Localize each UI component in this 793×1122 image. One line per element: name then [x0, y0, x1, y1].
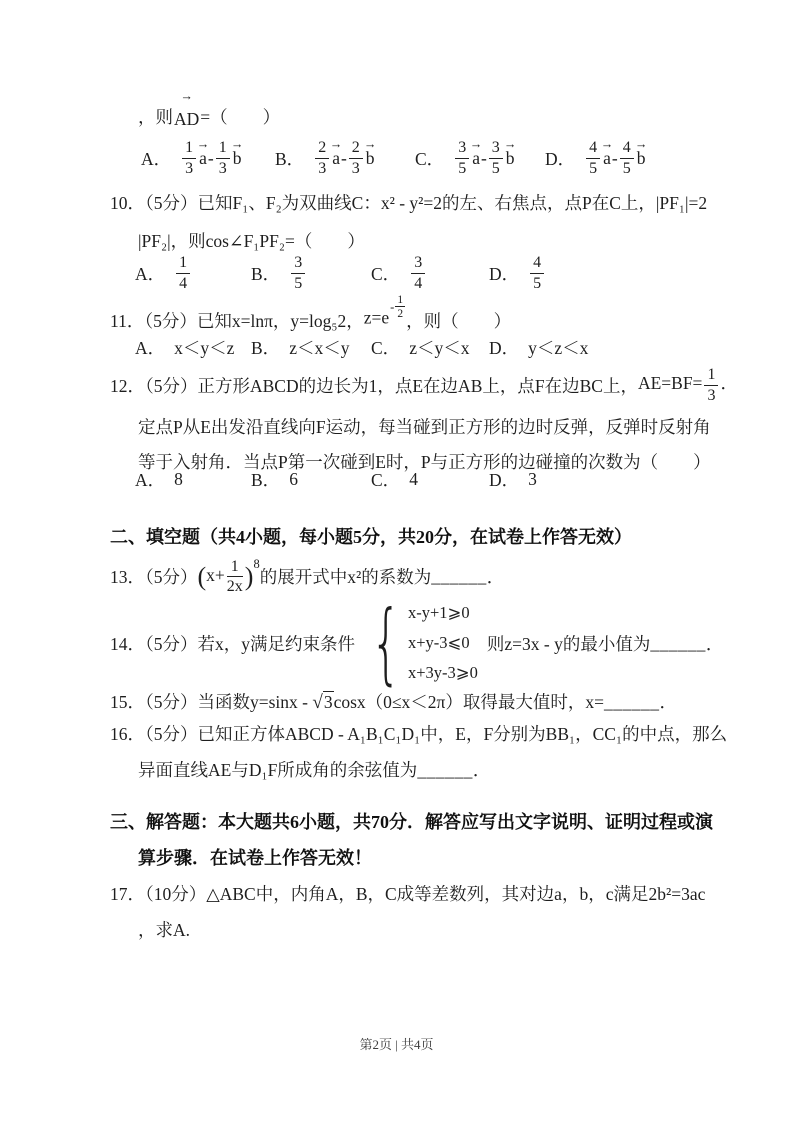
- vector-arrow-icon: →: [504, 138, 517, 151]
- q9-options: A． 13→a-13→b B． 23→a-23→b C． 35→a-35→b D…: [141, 132, 753, 184]
- vector-arrow-icon: →: [470, 138, 483, 151]
- vector-arrow-icon: →: [364, 138, 377, 151]
- option-b: B．z＜x＜y: [251, 335, 371, 360]
- vector-a: →a: [472, 148, 480, 169]
- brace-icon: {: [371, 603, 402, 682]
- vector-a: →a: [199, 148, 207, 169]
- vector-a: →a: [603, 148, 611, 169]
- section-3-header: 三、解答题：本大题共6小题，共70分．解答应写出文字说明、证明过程或演 算步骤．…: [110, 804, 745, 876]
- option-c: C． 35→a-35→b: [415, 139, 545, 177]
- option-a: A． 14: [135, 254, 251, 292]
- option-d: D． 45→a-45→b: [545, 139, 753, 177]
- option-c: C．4: [371, 467, 489, 492]
- q11-z-expression: z=e-12: [364, 307, 406, 333]
- q14-constraint-system: { x-y+1⩾0 x+y-3⩽0 x+3y-3⩾0: [358, 598, 478, 688]
- section-3-line2: 算步骤．在试卷上作答无效！: [138, 840, 745, 876]
- q10-options: A． 14 B． 35 C． 34 D． 45: [135, 246, 753, 300]
- question-17: 17．（10分）△ABC中，内角A，B，C成等差数列，其对边a，b，c满足2b²…: [110, 876, 745, 948]
- question-12: 12．（5分）正方形ABCD的边长为1，点E在边AB上，点F在边BC上，AE=B…: [110, 360, 745, 480]
- option-b: B．6: [251, 467, 371, 492]
- q17-line2: ，求A.: [138, 912, 745, 948]
- exam-page: ，则→AD=（ ） A． 13→a-13→b B． 23→a-23→b C． 3…: [0, 0, 793, 1122]
- vector-b: →b: [366, 148, 375, 169]
- q12-line2: 定点P从E出发沿直线向F运动，每当碰到正方形的边时反弹，反弹时反射角: [138, 410, 745, 445]
- q13-formula: (x+12x)8: [198, 557, 260, 596]
- q14-constraint-2: x+y-3⩽0: [408, 628, 478, 658]
- vector-arrow-icon: →: [635, 138, 648, 151]
- q11-post: ，则（ ）: [406, 308, 511, 333]
- option-b: B． 35: [251, 254, 371, 292]
- option-d: D． 45: [489, 254, 753, 292]
- question-13: 13．（5分）(x+12x)8的展开式中x²的系数为______．: [110, 550, 745, 602]
- q10-line1: 10．（5分）已知F₁、F₂为双曲线C：x² - y²=2的左、右焦点，点P在C…: [110, 184, 745, 222]
- vector-arrow-icon: →: [180, 90, 193, 103]
- q14-blank: ______: [650, 633, 706, 654]
- q16-line2: 异面直线AE与D₁F所成角的余弦值为______．: [138, 752, 745, 788]
- option-a: A． 13→a-13→b: [141, 139, 275, 177]
- q12-equation: AE=BF=13．: [638, 366, 738, 404]
- q9-tail-pre: ，则: [138, 107, 173, 127]
- section-3-line1: 三、解答题：本大题共6小题，共70分．解答应写出文字说明、证明过程或演: [110, 804, 745, 840]
- question-14: 14．（5分）若x，y满足约束条件 { x-y+1⩾0 x+y-3⩽0 x+3y…: [110, 597, 745, 689]
- page-footer: 第2页 | 共4页: [0, 1034, 793, 1053]
- q13-blank: ______: [431, 566, 487, 587]
- option-a: A．8: [135, 467, 251, 492]
- vector-arrow-icon: →: [197, 138, 210, 151]
- vector-b: →b: [506, 148, 515, 169]
- vector-a: →a: [332, 148, 340, 169]
- vector-arrow-icon: →: [330, 138, 343, 151]
- q16-blank: ______: [417, 760, 473, 780]
- vector-b: →b: [637, 148, 646, 169]
- q11-exponent: -12: [390, 294, 406, 320]
- option-c: C． 34: [371, 254, 489, 292]
- option-c: C．z＜y＜x: [371, 335, 489, 360]
- q11-pre: 11．（5分）已知x=lnπ，y=log₅2，: [110, 308, 364, 333]
- question-16: 16．（5分）已知正方体ABCD - A₁B₁C₁D₁中，E，F分别为BB₁，C…: [110, 716, 745, 788]
- q15-blank: ______: [604, 692, 660, 712]
- q9-tail-post: =（ ）: [200, 107, 280, 127]
- q17-line1: 17．（10分）△ABC中，内角A，B，C成等差数列，其对边a，b，c满足2b²…: [110, 876, 745, 912]
- option-a: A．x＜y＜z: [135, 335, 251, 360]
- vector-arrow-icon: →: [601, 138, 614, 151]
- q12-options: A．8 B．6 C．4 D．3: [135, 463, 753, 495]
- option-b: B． 23→a-23→b: [275, 139, 415, 177]
- option-d: D．3: [489, 467, 753, 492]
- q14-constraint-1: x-y+1⩾0: [408, 598, 478, 628]
- sqrt-icon: √: [312, 692, 322, 713]
- vector-b: →b: [233, 148, 242, 169]
- q11-options: A．x＜y＜z B．z＜x＜y C．z＜y＜x D．y＜z＜x: [135, 331, 753, 363]
- q15-sqrt: √3: [312, 692, 333, 712]
- q16-line1: 16．（5分）已知正方体ABCD - A₁B₁C₁D₁中，E，F分别为BB₁，C…: [110, 716, 745, 752]
- vector-arrow-icon: →: [231, 138, 244, 151]
- q12-line1: 12．（5分）正方形ABCD的边长为1，点E在边AB上，点F在边BC上，AE=B…: [110, 360, 745, 410]
- option-d: D．y＜z＜x: [489, 335, 753, 360]
